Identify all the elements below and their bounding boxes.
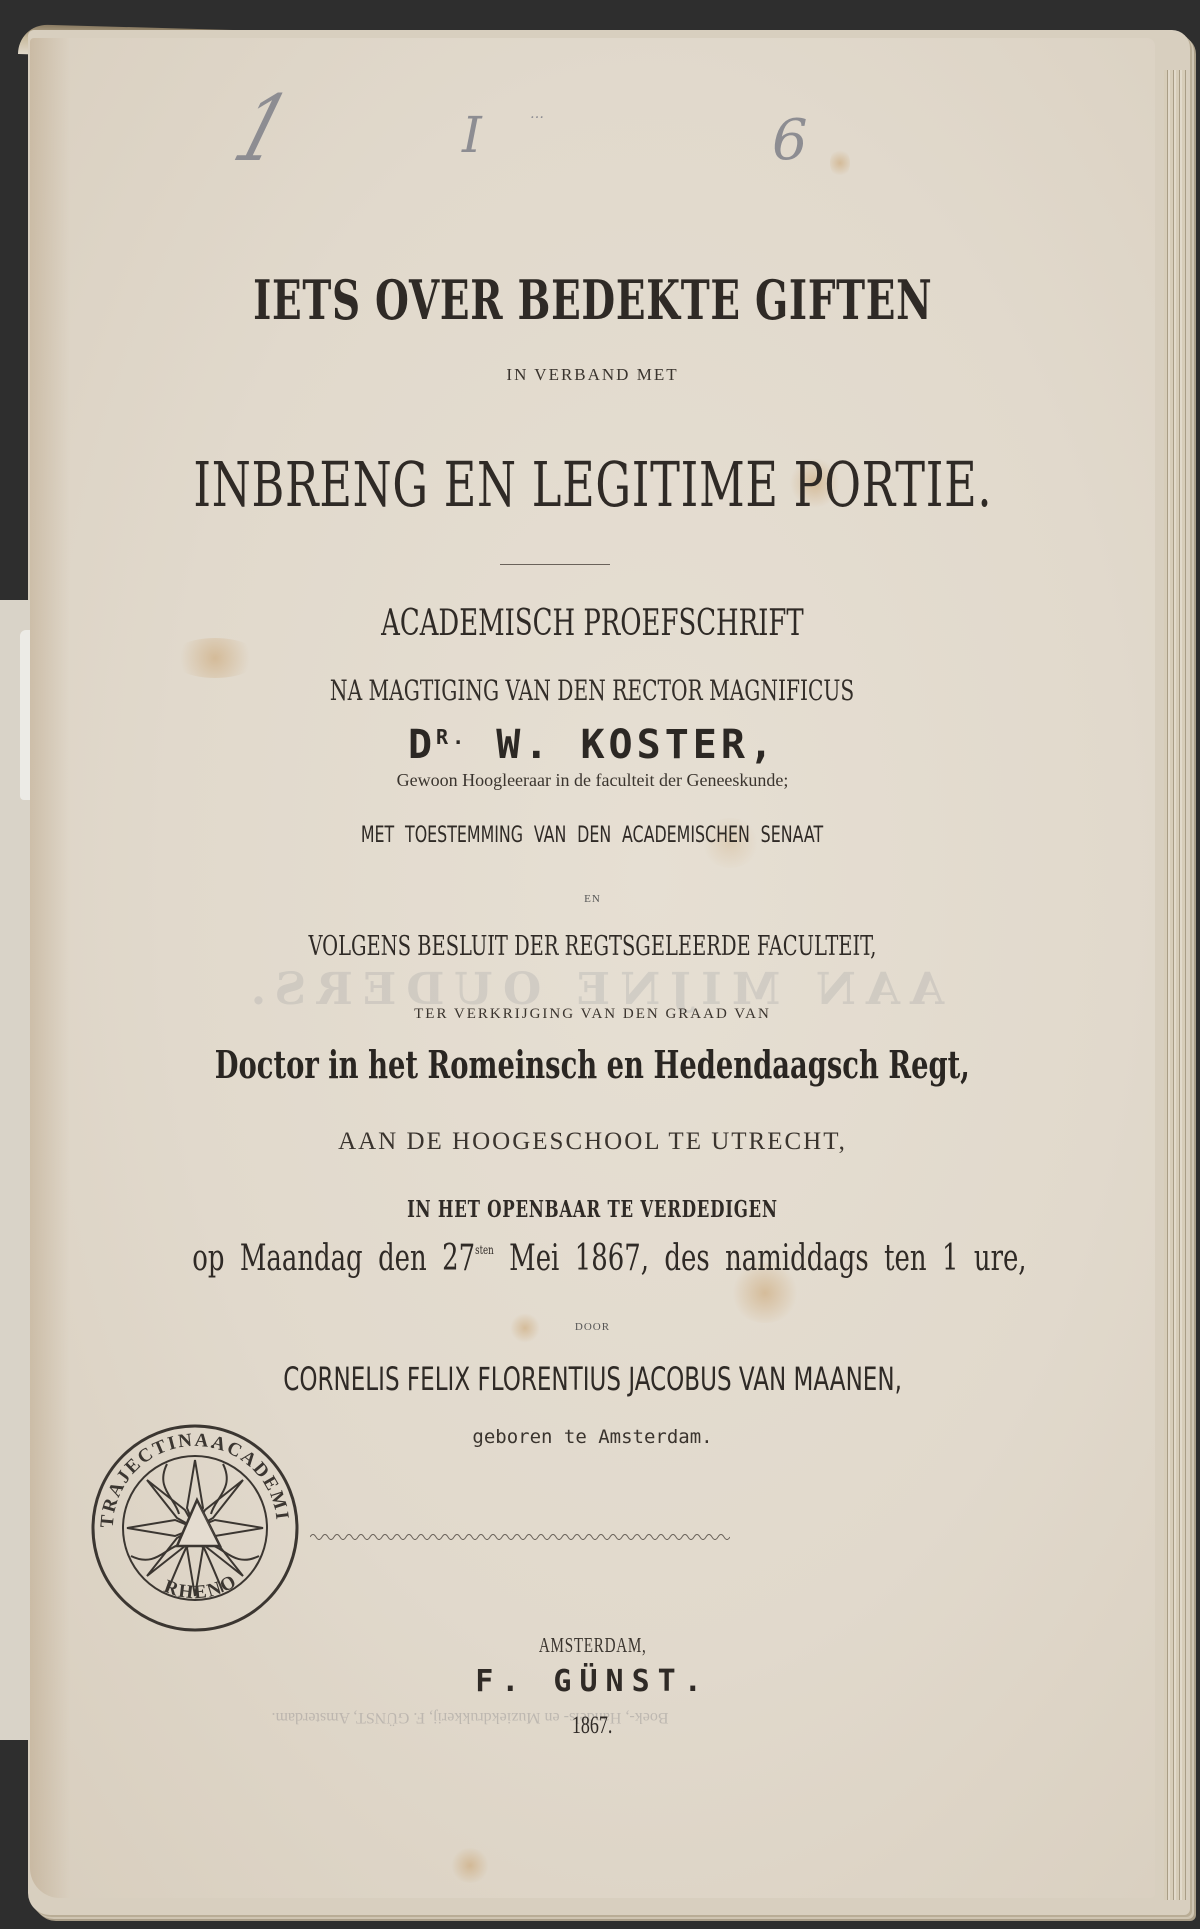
imprint-year: 1867. xyxy=(572,1712,613,1740)
birthplace-text: geboren te Amsterdam. xyxy=(472,1426,712,1448)
date-line: op Maandag den 27sten Mei 1867, des nami… xyxy=(30,1238,1155,1279)
toestemming-line: MET TOESTEMMING VAN DEN ACADEMISCHEN SEN… xyxy=(30,823,1155,848)
door-line: DOOR xyxy=(30,1321,1155,1333)
title-page: 1 I … 6 AAN MIJNE OUDERS. IETS OVER BEDE… xyxy=(30,38,1155,1898)
date-text-before: op Maandag den 27 xyxy=(192,1238,475,1279)
title-main: IETS OVER BEDEKTE GIFTEN xyxy=(253,268,932,332)
date-text-after: Mei 1867, des namiddags ten 1 ure, xyxy=(494,1238,1027,1279)
university-text: AAN DE HOOGESCHOOL TE UTRECHT, xyxy=(338,1128,847,1155)
rector-name: W. KOSTER, xyxy=(468,722,777,768)
pencil-mark-right: 6 xyxy=(772,108,808,173)
rector-prefix: D xyxy=(408,722,436,768)
rector-prefix-sup: R. xyxy=(436,725,468,749)
proefschrift-text: ACADEMISCH PROEFSCHRIFT xyxy=(381,603,804,644)
rector-name-line: DR. W. KOSTER, xyxy=(30,722,1155,768)
page-edges-right xyxy=(1164,70,1186,1900)
foxing-stain xyxy=(450,1848,490,1883)
pencil-mark-left: 1 xyxy=(223,76,302,183)
imprint-publisher: F. GÜNST. xyxy=(475,1664,710,1699)
degree-text: Doctor in het Romeinsch en Hedendaagsch … xyxy=(215,1042,970,1087)
rector-title-line: Gewoon Hoogleeraar in de faculteit der G… xyxy=(30,770,1155,791)
door-text: DOOR xyxy=(575,1321,610,1333)
title-line-2: INBRENG EN LEGITIME PORTIE. xyxy=(30,448,1155,521)
besluit-line: VOLGENS BESLUIT DER REGTSGELEERDE FACULT… xyxy=(30,931,1155,962)
verdedigen-text: IN HET OPENBAAR TE VERDEDIGEN xyxy=(407,1196,778,1223)
date-superscript: sten xyxy=(475,1243,494,1257)
title-line-1: IETS OVER BEDEKTE GIFTEN xyxy=(30,268,1155,332)
magtiging-text: NA MAGTIGING VAN DEN RECTOR MAGNIFICUS xyxy=(330,674,854,707)
magtiging-line: NA MAGTIGING VAN DEN RECTOR MAGNIFICUS xyxy=(30,674,1155,707)
title-connector-text: IN VERBAND MET xyxy=(506,365,678,384)
author-line: CORNELIS FELIX FLORENTIUS JACOBUS VAN MA… xyxy=(30,1360,1155,1398)
title-subtitle: INBRENG EN LEGITIME PORTIE. xyxy=(193,448,992,521)
besluit-text: VOLGENS BESLUIT DER REGTSGELEERDE FACULT… xyxy=(308,931,876,962)
en-text: EN xyxy=(584,893,601,905)
title-connector: IN VERBAND MET xyxy=(30,365,1155,385)
foxing-stain xyxy=(830,148,850,178)
verkrijging-line: TER VERKRIJGING VAN DEN GRAAD VAN xyxy=(30,1006,1155,1023)
pencil-mark-center: I xyxy=(462,106,482,164)
imprint-year-line: 1867. xyxy=(30,1712,1155,1740)
wavy-divider xyxy=(310,1532,730,1542)
verkrijging-text: TER VERKRIJGING VAN DEN GRAAD VAN xyxy=(414,1006,771,1022)
imprint-city: AMSTERDAM, xyxy=(539,1633,647,1658)
pencil-mark-note: … xyxy=(530,106,542,122)
verdedigen-line: IN HET OPENBAAR TE VERDEDIGEN xyxy=(30,1196,1155,1223)
sun-with-triangle-seal-icon: ACADEMIA TRAJECTINA. RHENO xyxy=(85,1418,305,1638)
rector-title: Gewoon Hoogleeraar in de faculteit der G… xyxy=(397,770,789,790)
imprint-city-line: AMSTERDAM, xyxy=(30,1633,1155,1658)
degree-line: Doctor in het Romeinsch en Hedendaagsch … xyxy=(30,1042,1155,1087)
foxing-stain xyxy=(170,638,260,678)
divider-rule xyxy=(500,564,610,565)
proefschrift-heading: ACADEMISCH PROEFSCHRIFT xyxy=(30,603,1155,644)
author-name: CORNELIS FELIX FLORENTIUS JACOBUS VAN MA… xyxy=(283,1360,902,1398)
en-line: EN xyxy=(30,893,1155,905)
imprint-publisher-line: F. GÜNST. xyxy=(30,1664,1155,1699)
toestemming-text: MET TOESTEMMING VAN DEN ACADEMISCHEN SEN… xyxy=(361,823,823,848)
university-line: AAN DE HOOGESCHOOL TE UTRECHT, xyxy=(30,1128,1155,1156)
